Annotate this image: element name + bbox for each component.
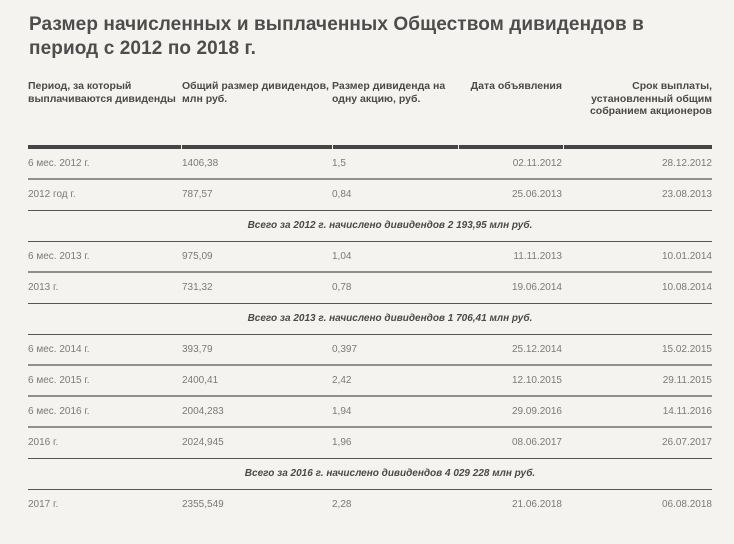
- cell-period: 6 мес. 2012 г.: [28, 158, 182, 169]
- cell-declared: 02.11.2012: [458, 158, 562, 169]
- cell-period: 2017 г.: [28, 499, 182, 510]
- table-row: 6 мес. 2013 г.975,091,0411.11.201310.01.…: [28, 242, 712, 271]
- cell-payment-due: 29.11.2015: [562, 375, 712, 386]
- cell-total: 731,32: [182, 282, 332, 293]
- cell-period: 6 мес. 2014 г.: [28, 344, 182, 355]
- cell-total: 1406,38: [182, 158, 332, 169]
- cell-per-share: 0,78: [332, 282, 458, 293]
- column-header-declared: Дата объявления: [458, 80, 562, 145]
- cell-per-share: 0,84: [332, 189, 458, 200]
- cell-declared: 29.09.2016: [458, 406, 562, 417]
- table-row: 6 мес. 2012 г.1406,381,502.11.201228.12.…: [28, 149, 712, 178]
- cell-declared: 11.11.2013: [458, 251, 562, 262]
- cell-total: 2024,945: [182, 437, 332, 448]
- cell-declared: 12.10.2015: [458, 375, 562, 386]
- cell-declared: 25.06.2013: [458, 189, 562, 200]
- table-row: 2012 год г.787,570,8425.06.201323.08.201…: [28, 180, 712, 209]
- cell-per-share: 1,94: [332, 406, 458, 417]
- cell-payment-due: 10.01.2014: [562, 251, 712, 262]
- cell-period: 2013 г.: [28, 282, 182, 293]
- cell-payment-due: 23.08.2013: [562, 189, 712, 200]
- page-title: Размер начисленных и выплаченных Обществ…: [29, 13, 669, 61]
- cell-period: 6 мес. 2016 г.: [28, 406, 182, 417]
- cell-total: 2355,549: [182, 499, 332, 510]
- cell-total: 787,57: [182, 189, 332, 200]
- cell-declared: 08.06.2017: [458, 437, 562, 448]
- cell-per-share: 1,96: [332, 437, 458, 448]
- cell-declared: 21.06.2018: [458, 499, 562, 510]
- cell-total: 975,09: [182, 251, 332, 262]
- cell-period: 6 мес. 2013 г.: [28, 251, 182, 262]
- column-header-per-share: Размер дивиденда на одну акцию, руб.: [332, 80, 458, 145]
- summary-row: Всего за 2013 г. начислено дивидендов 1 …: [28, 304, 712, 333]
- cell-per-share: 2,42: [332, 375, 458, 386]
- dividends-table: Период, за который выплачиваются дивиден…: [28, 80, 712, 519]
- cell-total: 393,79: [182, 344, 332, 355]
- cell-payment-due: 26.07.2017: [562, 437, 712, 448]
- cell-total: 2400,41: [182, 375, 332, 386]
- table-row: 2017 г.2355,5492,2821.06.201806.08.2018: [28, 490, 712, 519]
- cell-payment-due: 28.12.2012: [562, 158, 712, 169]
- header-rule: [28, 145, 712, 149]
- table-row: 6 мес. 2014 г.393,790,39725.12.201415.02…: [28, 335, 712, 364]
- cell-per-share: 2,28: [332, 499, 458, 510]
- cell-payment-due: 06.08.2018: [562, 499, 712, 510]
- cell-payment-due: 14.11.2016: [562, 406, 712, 417]
- table-header: Период, за который выплачиваются дивиден…: [28, 80, 712, 145]
- cell-payment-due: 15.02.2015: [562, 344, 712, 355]
- cell-declared: 19.06.2014: [458, 282, 562, 293]
- cell-period: 2012 год г.: [28, 189, 182, 200]
- table-row: 2016 г.2024,9451,9608.06.201726.07.2017: [28, 428, 712, 457]
- column-header-period: Период, за который выплачиваются дивиден…: [28, 80, 182, 145]
- cell-per-share: 0,397: [332, 344, 458, 355]
- table-row: 6 мес. 2015 г.2400,412,4212.10.201529.11…: [28, 366, 712, 395]
- cell-payment-due: 10.08.2014: [562, 282, 712, 293]
- summary-row: Всего за 2012 г. начислено дивидендов 2 …: [28, 211, 712, 240]
- cell-per-share: 1,04: [332, 251, 458, 262]
- column-header-total: Общий размер дивидендов, млн руб.: [182, 80, 332, 145]
- cell-declared: 25.12.2014: [458, 344, 562, 355]
- summary-row: Всего за 2016 г. начислено дивидендов 4 …: [28, 459, 712, 488]
- table-row: 2013 г.731,320,7819.06.201410.08.2014: [28, 273, 712, 302]
- cell-per-share: 1,5: [332, 158, 458, 169]
- column-header-payment-due: Срок выплаты, установленный общим собран…: [562, 80, 712, 145]
- cell-period: 6 мес. 2015 г.: [28, 375, 182, 386]
- table-row: 6 мес. 2016 г.2004,2831,9429.09.201614.1…: [28, 397, 712, 426]
- cell-total: 2004,283: [182, 406, 332, 417]
- table-body: 6 мес. 2012 г.1406,381,502.11.201228.12.…: [28, 149, 712, 519]
- cell-period: 2016 г.: [28, 437, 182, 448]
